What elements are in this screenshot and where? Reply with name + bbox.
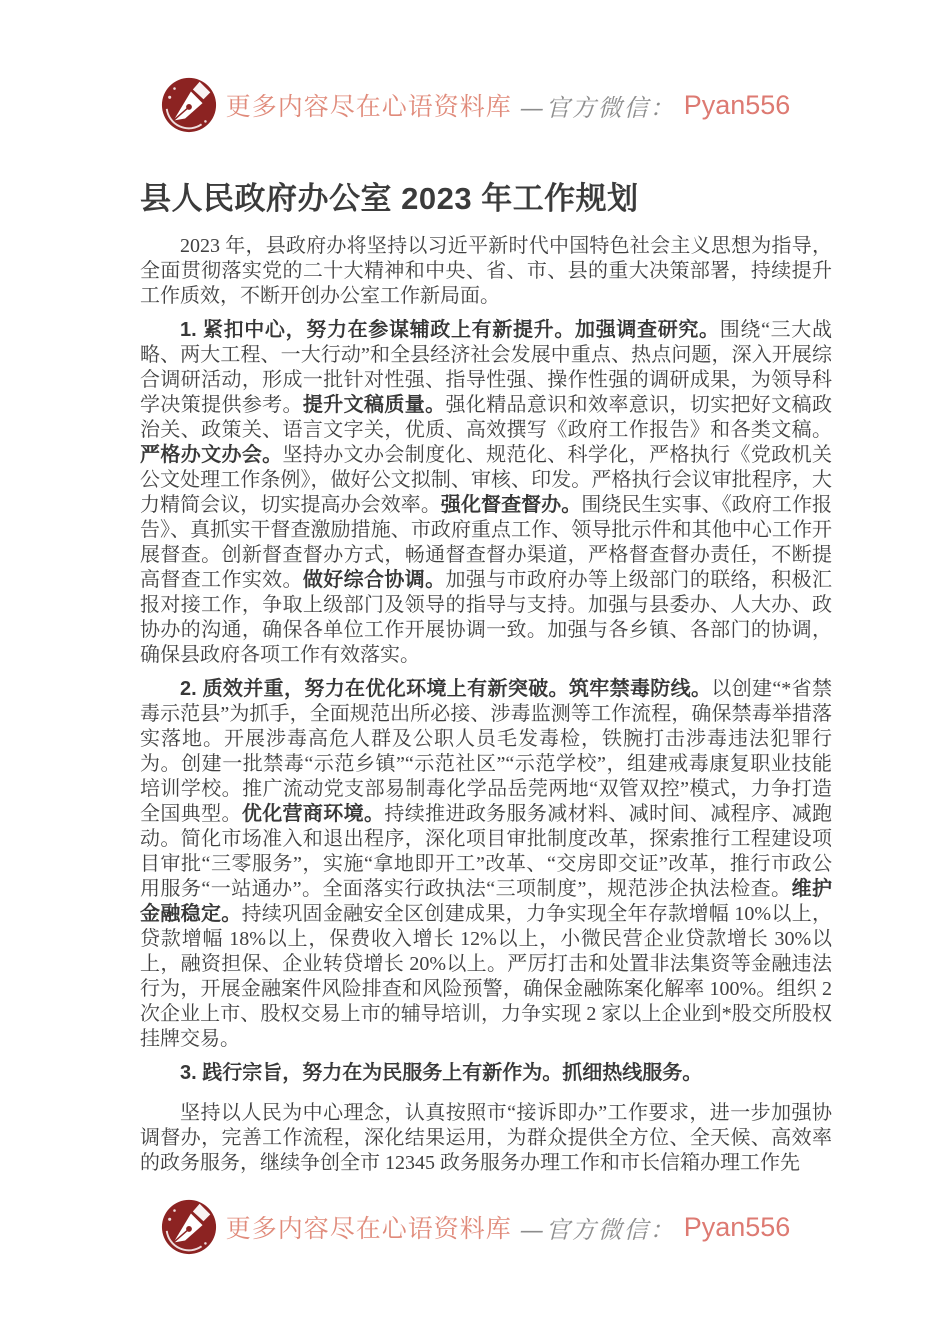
watermark-wechat-account: Pyan556 (684, 1212, 791, 1243)
paragraph-section-1: 1. 紧扣中心，努力在参谋辅政上有新提升。加强调查研究。围绕“三大战略、两大工程… (140, 318, 832, 668)
document-body: 2023 年，县政府办将坚持以习近平新时代中国特色社会主义思想为指导，全面贯彻落… (140, 234, 832, 1176)
page-title: 县人民政府办公室 2023 年工作规划 (140, 180, 832, 218)
paragraph-intro: 2023 年，县政府办将坚持以习近平新时代中国特色社会主义思想为指导，全面贯彻落… (140, 234, 832, 309)
emphasis-text: 提升文稿质量。 (303, 394, 446, 416)
paragraph-section-2: 2. 质效并重，努力在优化环境上有新突破。筑牢禁毒防线。以创建“*省禁毒示范县”… (140, 677, 832, 1052)
pen-nib-badge-icon (160, 76, 218, 134)
header-watermark: 更多内容尽在心语资料库 —官方微信： Pyan556 (0, 76, 950, 134)
paragraph-closing: 坚持以人民为中心理念，认真按照市“接诉即办”工作要求，进一步加强协调督办，完善工… (140, 1101, 832, 1176)
emphasis-text: 2. 质效并重，努力在优化环境上有新突破。筑牢禁毒防线。 (180, 678, 711, 700)
document-page: 更多内容尽在心语资料库 —官方微信： Pyan556 县人民政府办公室 2023… (0, 0, 950, 1344)
watermark-wechat-label: —官方微信： (520, 88, 676, 123)
footer-watermark: 更多内容尽在心语资料库 —官方微信： Pyan556 (0, 1198, 950, 1256)
emphasis-text: 优化营商环境。 (242, 803, 385, 825)
body-text: 坚持以人民为中心理念，认真按照市“接诉即办”工作要求，进一步加强协调督办，完善工… (140, 1102, 832, 1174)
watermark-wechat-label: —官方微信： (520, 1210, 676, 1245)
emphasis-text: 做好综合协调。 (303, 569, 446, 591)
watermark-main-text: 更多内容尽在心语资料库 (226, 87, 512, 123)
body-text: 2023 年，县政府办将坚持以习近平新时代中国特色社会主义思想为指导，全面贯彻落… (140, 235, 832, 307)
watermark-wechat-account: Pyan556 (684, 90, 791, 121)
paragraph-section-3-heading: 3. 践行宗旨，努力在为民服务上有新作为。抓细热线服务。 (140, 1061, 832, 1086)
body-text: 持续巩固金融安全区创建成果，力争实现全年存款增幅 10%以上，贷款增幅 18%以… (140, 903, 832, 1050)
document-content: 县人民政府办公室 2023 年工作规划 2023 年，县政府办将坚持以习近平新时… (0, 0, 950, 1176)
emphasis-text: 3. 践行宗旨，努力在为民服务上有新作为。抓细热线服务。 (180, 1062, 702, 1084)
watermark-main-text: 更多内容尽在心语资料库 (226, 1209, 512, 1245)
pen-nib-badge-icon (160, 1198, 218, 1256)
emphasis-text: 强化督查督办。 (441, 494, 581, 516)
emphasis-text: 严格办文办会。 (140, 444, 283, 466)
emphasis-text: 1. 紧扣中心，努力在参谋辅政上有新提升。加强调查研究。 (180, 319, 720, 341)
